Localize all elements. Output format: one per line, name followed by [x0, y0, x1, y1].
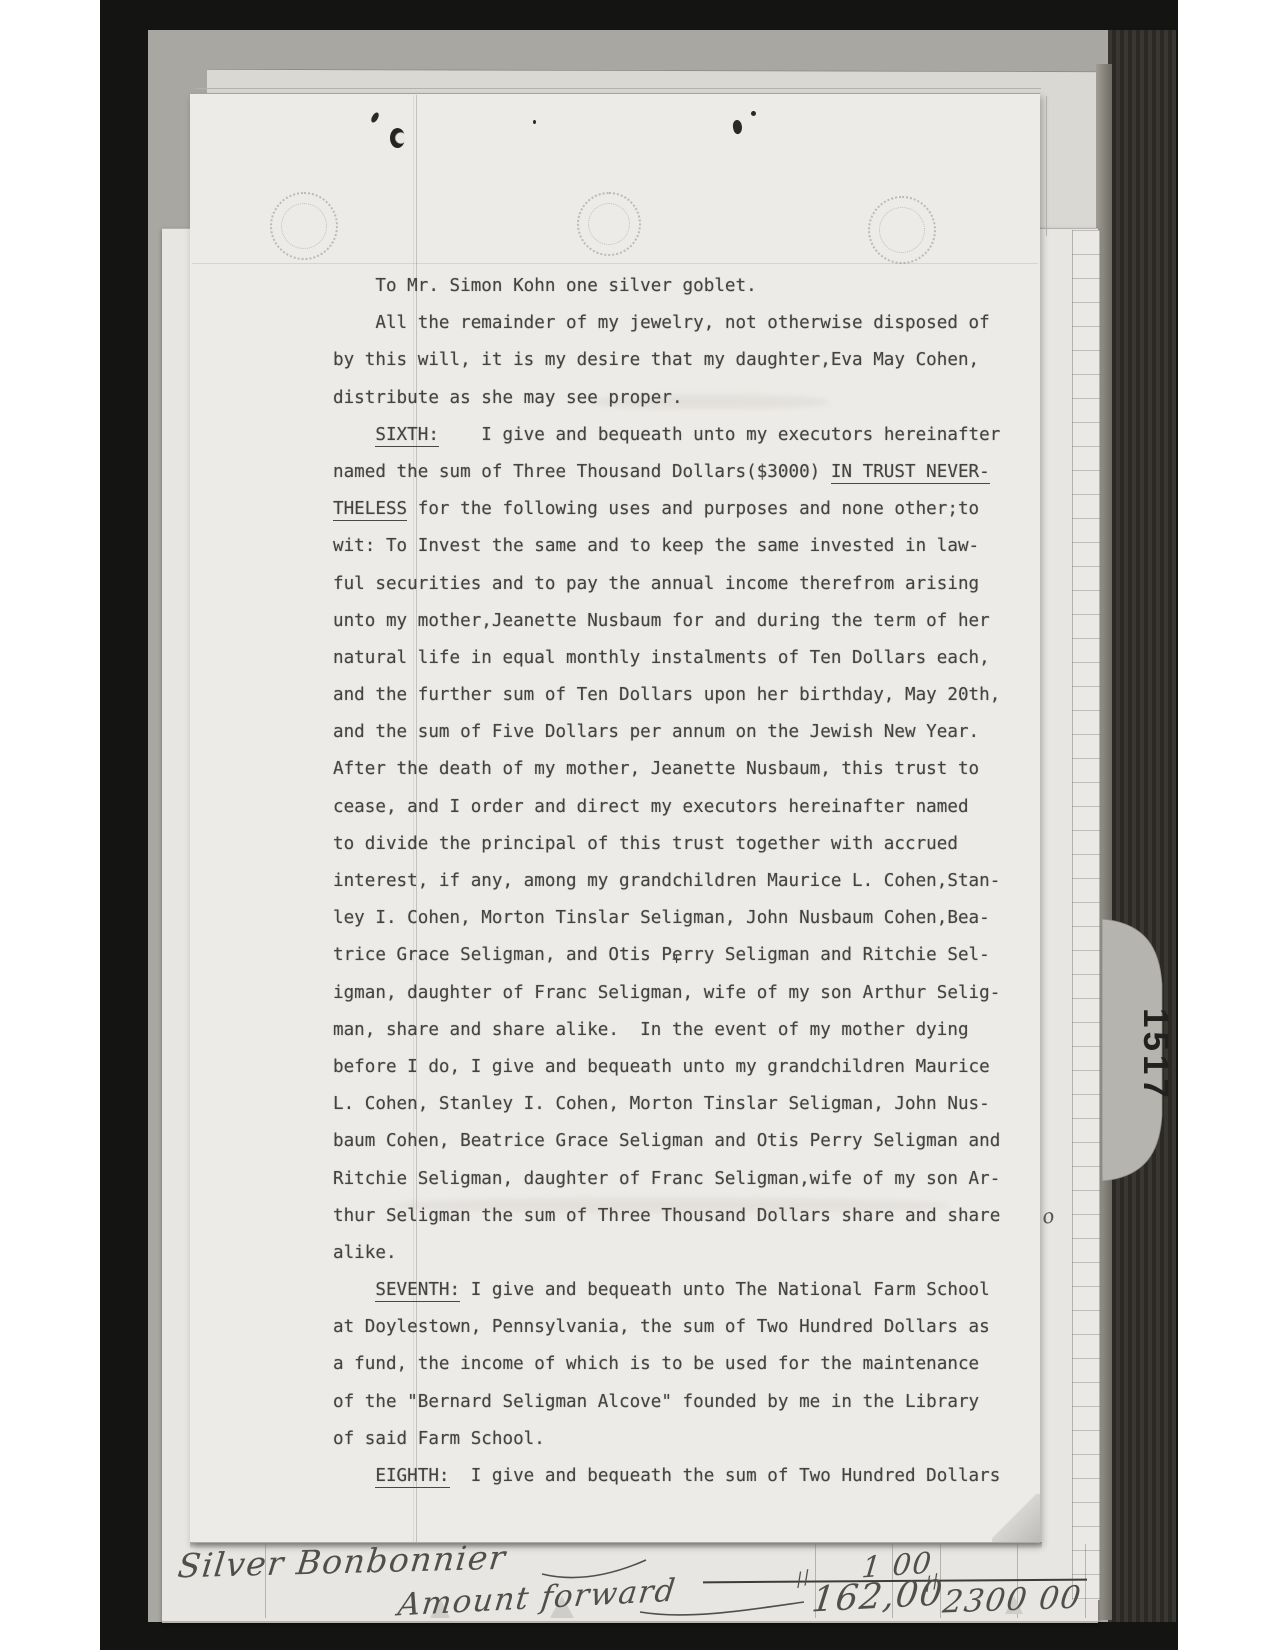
ink-speck [533, 120, 536, 124]
horizontal-crease [192, 263, 1038, 264]
embossed-seal [577, 192, 641, 256]
typed-line: at Doylestown, Pennsylvania, the sum of … [333, 1317, 1025, 1354]
scanned-will-page: { "document": { "kind": "typewritten wil… [0, 0, 1275, 1650]
typed-line: SIXTH: I give and bequeath unto my execu… [333, 425, 1025, 462]
index-tab[interactable]: 1517 [1100, 905, 1172, 1195]
typed-line: of the "Bernard Seligman Alcove" founded… [333, 1392, 1025, 1429]
typed-line: thur Seligman the sum of Three Thousand … [333, 1206, 1025, 1243]
typed-line: and the sum of Five Dollars per annum on… [333, 722, 1025, 759]
typed-line: L. Cohen, Stanley I. Cohen, Morton Tinsl… [333, 1094, 1025, 1131]
typed-line: igman, daughter of Franc Seligman, wife … [333, 983, 1025, 1020]
ink-speck [751, 111, 756, 116]
typed-line: All the remainder of my jewelry, not oth… [333, 313, 1025, 350]
typed-line: man, share and share alike. In the event… [333, 1020, 1025, 1057]
typed-line: wit: To Invest the same and to keep the … [333, 536, 1025, 573]
ink-blot [390, 128, 405, 148]
typed-line: SEVENTH: I give and bequeath unto The Na… [333, 1280, 1025, 1317]
typed-line: natural life in equal monthly instalment… [333, 648, 1025, 685]
typed-line: cease, and I order and direct my executo… [333, 797, 1025, 834]
typed-line: a fund, the income of which is to be use… [333, 1354, 1025, 1391]
typed-line: by this will, it is my desire that my da… [333, 350, 1025, 387]
typed-line: unto my mother,Jeanette Nusbaum for and … [333, 611, 1025, 648]
typed-line: before I do, I give and bequeath unto my… [333, 1057, 1025, 1094]
ledger-rule [1085, 1544, 1086, 1618]
handwriting-flourish [638, 1596, 808, 1618]
sheet-edge-line [195, 88, 1041, 89]
typed-line: interest, if any, among my grandchildren… [333, 871, 1025, 908]
typed-text-block: To Mr. Simon Kohn one silver goblet. All… [333, 276, 1025, 1503]
tab-number: 1517 [1136, 1008, 1172, 1102]
typed-line: ley I. Cohen, Morton Tinslar Seligman, J… [333, 908, 1025, 945]
typed-line: Ritchie Seligman, daughter of Franc Seli… [333, 1169, 1025, 1206]
typed-line: distribute as she may see proper. [333, 388, 1025, 425]
typed-line: to divide the principal of this trust to… [333, 834, 1025, 871]
sheet-edge-line [1046, 96, 1047, 236]
handwritten-second-amount: 2300 00 [940, 1579, 1084, 1620]
caret-annotation: + [672, 950, 681, 968]
ledger-grid-column [1072, 230, 1100, 1600]
typed-line: EIGHTH: I give and bequeath the sum of T… [333, 1466, 1025, 1503]
typed-line: of said Farm School. [333, 1429, 1025, 1466]
embossed-seal [270, 192, 338, 260]
typed-line: ful securities and to pay the annual inc… [333, 574, 1025, 611]
typed-line: To Mr. Simon Kohn one silver goblet. [333, 276, 1025, 313]
typed-line: named the sum of Three Thousand Dollars(… [333, 462, 1025, 499]
typed-line: and the further sum of Ten Dollars upon … [333, 685, 1025, 722]
typed-line: alike. [333, 1243, 1025, 1280]
typed-line: After the death of my mother, Jeanette N… [333, 759, 1025, 796]
typed-line: baum Cohen, Beatrice Grace Seligman and … [333, 1131, 1025, 1168]
book-cover-edge [1108, 30, 1176, 1622]
embossed-seal [868, 196, 936, 264]
typed-line: THELESS for the following uses and purpo… [333, 499, 1025, 536]
